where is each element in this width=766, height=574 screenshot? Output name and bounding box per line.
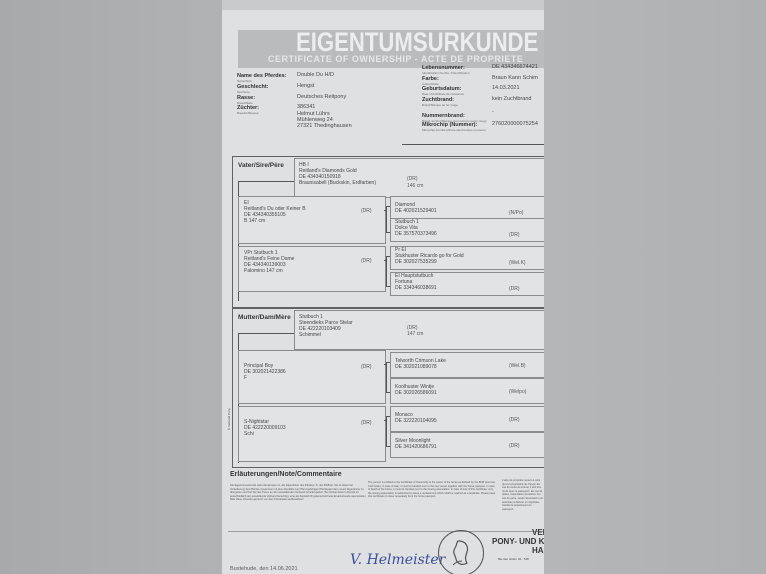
blurred-background-left (0, 0, 222, 574)
field-value: 276020000075254 (492, 121, 538, 127)
tree-line (238, 333, 294, 334)
field-sublabel: Sex/Sexe (237, 90, 250, 94)
parent-tag: (DR) (407, 176, 418, 182)
bracket-line (384, 420, 387, 421)
notes-header: Erläuterungen/Note/Commentaire (230, 471, 342, 478)
divider (402, 144, 544, 145)
field-value: DE 434346674421 (492, 64, 538, 70)
grandparent-line: Schi (244, 431, 254, 437)
great-grandparent-box: DiamondDE 402021529401(N/Po) (390, 196, 544, 220)
great-grandparent-tag: (Welpo) (509, 389, 526, 395)
field-value: 386341 (297, 104, 315, 110)
field-value: kein Zuchtbrand (492, 96, 531, 102)
grandparent-box: VPr Stutbuch 1Reitland's Feine DameDE 43… (238, 246, 386, 292)
field-sublabel: Microchip (number)/Puce électronique (nu… (422, 128, 486, 132)
grandparent-box: Principal BoyDE 302021422386F(DR) (238, 350, 386, 404)
great-grandparent-line: DE 302026586091 (395, 390, 437, 396)
parent-box: Stutbuch 1Steendieks Parov StelarDE 4222… (294, 310, 544, 350)
grandparent-box: S-NightstarDE 422220009103Schi(DR) (238, 406, 386, 462)
bracket-line (386, 446, 390, 447)
signature: V. Helmeister (350, 552, 445, 568)
field-sublabel: Name/Nom (237, 79, 252, 83)
place-date: Buxtehude, den 14.06.2021 (230, 566, 298, 572)
tree-line (238, 181, 294, 182)
great-grandparent-box: MonacoDE 322220104095(DR) (390, 406, 544, 432)
great-grandparent-line: DE 402021529401 (395, 208, 437, 214)
notes-english: The person is entitled to the Certificat… (368, 481, 496, 527)
great-grandparent-tag: (DR) (509, 286, 520, 292)
great-grandparent-box: EI HauptstutbuchFortunaDE 334346038691(D… (390, 272, 544, 296)
bracket-line (386, 362, 390, 363)
field-value: Double Du H/D (297, 72, 334, 78)
great-grandparent-box: Koolhuster WintjeDE 302026586091(Welpo) (390, 378, 544, 404)
bracket-line (384, 260, 387, 261)
great-grandparent-line: DE 322220104095 (395, 418, 437, 424)
bracket-line (386, 392, 390, 393)
side-print: © Verband Pony (226, 408, 232, 430)
title-banner: EIGENTUMSURKUNDE CERTIFICATE OF OWNERSHI… (238, 30, 544, 68)
great-grandparent-tag: (N/Po) (509, 210, 523, 216)
great-grandparent-tag: (Wel.B) (509, 363, 526, 369)
org-line-3: HA (532, 546, 544, 555)
grandparent-line: DE 302021422386 (244, 369, 286, 375)
notes-french: L'acte de propriété revient à celui qui … (502, 479, 544, 525)
breeder-address-line: 27321 Thedinghausen (297, 123, 352, 129)
paper-top-shadow (222, 0, 544, 10)
grandparent-tag: (DR) (361, 258, 372, 264)
grandparent-tag: (DR) (361, 208, 372, 214)
blurred-background-right (544, 0, 766, 574)
field-value: Deutsches Reitpony (297, 94, 346, 100)
bracket-line (386, 362, 387, 392)
field-sublabel: Identification No./No. d'identification (422, 71, 470, 75)
field-sublabel: Brand/Marque au fer rouge (422, 103, 458, 107)
bracket-line (386, 286, 390, 287)
field-value: 14.03.2021 (492, 85, 520, 91)
section-header: Mutter/Dam/Mère (238, 314, 291, 321)
footer-divider (228, 531, 544, 532)
grandparent-tag: (DR) (361, 420, 372, 426)
org-address: Bei den Höfen 32 · 518 (498, 556, 529, 562)
great-grandparent-tag: (DR) (509, 443, 520, 449)
great-grandparent-tag: (Wel.K) (509, 260, 526, 266)
great-grandparent-box: Telworth Crimson LakeDE 302021089078(Wel… (390, 352, 544, 378)
field-value: Braun Kann Schim (492, 75, 538, 81)
bracket-line (386, 416, 390, 417)
great-grandparent-tag: (DR) (509, 232, 520, 238)
parent-box: HB IReitland's Diamonds GoldDE 434340150… (294, 158, 544, 198)
bracket-line (384, 364, 387, 365)
parent-line: Schimmel (299, 332, 321, 338)
grandparent-line: B 147 cm (244, 218, 265, 224)
section-header: Vater/Sire/Père (238, 162, 284, 169)
bracket-line (386, 206, 390, 207)
field-value: - (492, 109, 494, 115)
field-sublabel: Date of birth/Date de naissance (422, 92, 464, 96)
great-grandparent-box: Silver MoonlightDE 341420686791(DR) (390, 432, 544, 458)
certificate-subtitle: CERTIFICATE OF OWNERSHIP - ACTE DE PROPR… (268, 54, 523, 64)
notes-german: Die Eigentumsurkunde steht demjenigen zu… (230, 484, 368, 524)
grandparent-box: EIReitland's Du oder Keiner BDE 43434035… (238, 196, 386, 244)
great-grandparent-line: DE 357570373496 (395, 231, 437, 237)
ownership-certificate: EIGENTUMSURKUNDE CERTIFICATE OF OWNERSHI… (222, 0, 544, 574)
parent-line: Braunisabell (Buckskin, Erdfarben) (299, 180, 376, 186)
grandparent-tag: (DR) (361, 364, 372, 370)
org-line-1: VER (532, 528, 544, 537)
field-sublabel: Breeder/Eleveur (237, 111, 259, 115)
field-value: Hengst (297, 83, 314, 89)
great-grandparent-box: Pr EIStukhuster Ricardo go for GoldDE 30… (390, 246, 544, 270)
bracket-line (386, 256, 390, 257)
great-grandparent-line: DE 334346038691 (395, 285, 437, 291)
parent-height: 146 cm (407, 183, 423, 189)
grandparent-line: F (244, 375, 247, 381)
grandparent-line: Palomino 147 cm (244, 268, 283, 274)
association-seal-icon (438, 530, 484, 574)
bracket-line (386, 232, 390, 233)
org-line-2: PONY- UND K (492, 537, 544, 546)
bracket-line (384, 210, 387, 211)
great-grandparent-line: DE 302027535299 (395, 259, 437, 265)
great-grandparent-line: DE 341420686791 (395, 444, 437, 450)
great-grandparent-line: DE 302021089078 (395, 364, 437, 370)
parent-height: 147 cm (407, 331, 423, 337)
great-grandparent-tag: (DR) (509, 417, 520, 423)
great-grandparent-box: Stutbuch 1Dolce VitaDE 357570373496(DR) (390, 218, 544, 242)
